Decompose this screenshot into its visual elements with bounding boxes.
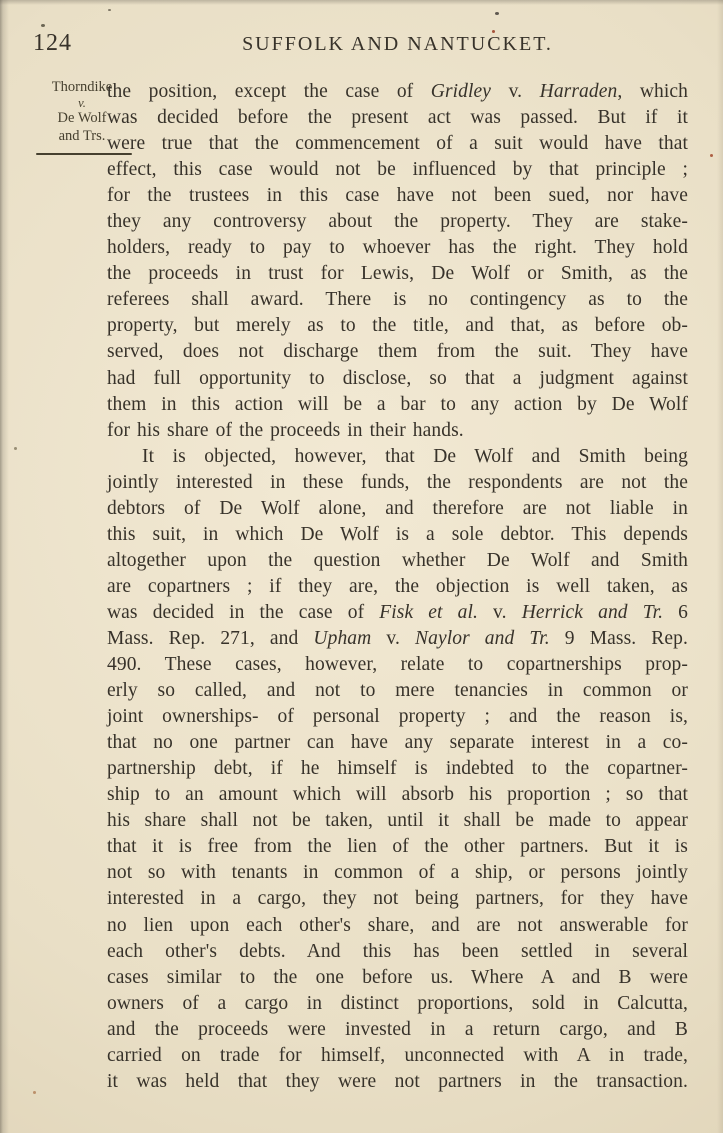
- running-head: SUFFOLK AND NANTUCKET.: [107, 33, 688, 56]
- text-line: not so with tenants in common of a ship,…: [107, 860, 688, 886]
- text-line: altogether upon the question whether De …: [107, 548, 688, 574]
- text-line: each other's debts. And this has been se…: [107, 939, 688, 965]
- text-line: It is objected, however, that De Wolf an…: [107, 444, 688, 470]
- text-line: that no one partner can have any separat…: [107, 730, 688, 756]
- paper-speck: [14, 447, 17, 450]
- book-page: 124 SUFFOLK AND NANTUCKET. Thorndikev.De…: [0, 0, 723, 1133]
- text-line: debtors of De Wolf alone, and therefore …: [107, 496, 688, 522]
- text-line: for his share of the proceeds in their h…: [107, 418, 688, 444]
- paper-speck: [33, 1091, 36, 1094]
- text-line: Mass. Rep. 271, and Upham v. Naylor and …: [107, 626, 688, 652]
- text-line: his share shall not be taken, until it s…: [107, 808, 688, 834]
- text-line: had full opportunity to disclose, so tha…: [107, 366, 688, 392]
- text-line: jointly interested in these funds, the r…: [107, 470, 688, 496]
- text-line: cases similar to the one before us. Wher…: [107, 965, 688, 991]
- text-line: partnership debt, if he himself is indeb…: [107, 756, 688, 782]
- text-line: the position, except the case of Gridley…: [107, 79, 688, 105]
- text-line: joint ownerships- of personal property ;…: [107, 704, 688, 730]
- text-line: this suit, in which De Wolf is a sole de…: [107, 522, 688, 548]
- case-citation-italic: Gridley: [431, 81, 491, 102]
- text-line: erly so called, and not to mere tenancie…: [107, 678, 688, 704]
- text-line: property, but merely as to the title, an…: [107, 313, 688, 339]
- text-line: ship to an amount which will absorb his …: [107, 782, 688, 808]
- text-line: served, does not discharge them from the…: [107, 339, 688, 365]
- text-line: they any controversy about the property.…: [107, 209, 688, 235]
- text-line: that it is free from the lien of the oth…: [107, 834, 688, 860]
- text-line: holders, ready to pay to whoever has the…: [107, 235, 688, 261]
- text-line: were true that the commencement of a sui…: [107, 131, 688, 157]
- case-citation-italic: Fisk et al.: [379, 602, 478, 623]
- text-line: are copartners ; if they are, the object…: [107, 574, 688, 600]
- case-citation-italic: Herrick and Tr.: [522, 602, 663, 623]
- paper-speck: [495, 12, 499, 15]
- paper-speck: [108, 9, 111, 11]
- text-line: referees shall award. There is no contin…: [107, 287, 688, 313]
- text-line: effect, this case would not be influence…: [107, 157, 688, 183]
- text-line: carried on trade for himself, unconnecte…: [107, 1043, 688, 1069]
- text-line: it was held that they were not partners …: [107, 1069, 688, 1095]
- paper-speck: [710, 154, 713, 157]
- text-line: 490. These cases, however, relate to cop…: [107, 652, 688, 678]
- text-line: for the trustees in this case have not b…: [107, 183, 688, 209]
- opinion-text: the position, except the case of Gridley…: [107, 79, 688, 1095]
- text-line: them in this action will be a bar to any…: [107, 392, 688, 418]
- page-number: 124: [33, 30, 72, 57]
- text-line: no lien upon each other's share, and are…: [107, 913, 688, 939]
- text-line: was decided in the case of Fisk et al. v…: [107, 600, 688, 626]
- case-citation-italic: Harraden: [540, 81, 618, 102]
- paper-speck: [492, 30, 495, 33]
- text-line: the proceeds in trust for Lewis, De Wolf…: [107, 261, 688, 287]
- paper-speck: [41, 24, 45, 27]
- text-line: owners of a cargo in distinct proportion…: [107, 991, 688, 1017]
- text-line: interested in a cargo, they not being pa…: [107, 886, 688, 912]
- case-citation-italic: Naylor and Tr.: [415, 628, 550, 649]
- case-citation-italic: Upham: [313, 628, 371, 649]
- text-line: and the proceeds were invested in a retu…: [107, 1017, 688, 1043]
- text-line: was decided before the present act was p…: [107, 105, 688, 131]
